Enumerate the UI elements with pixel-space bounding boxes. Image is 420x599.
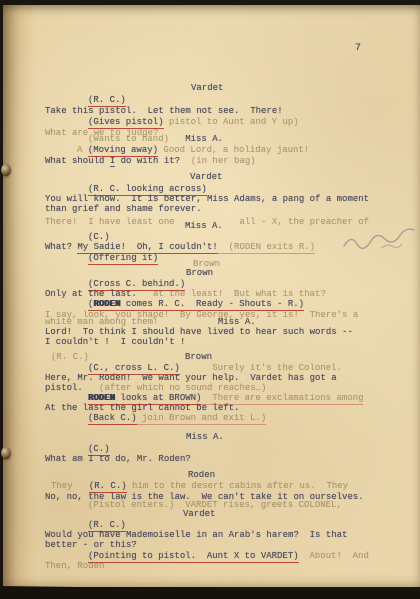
typewritten-text: Vardet bbox=[183, 509, 215, 519]
stage-direction: A (Moving away) Good Lord, a holiday jau… bbox=[77, 145, 309, 155]
typewritten-text: Miss A. bbox=[169, 134, 223, 144]
character-cue: Brown bbox=[186, 268, 213, 278]
bleed-through-text: white man among them! bbox=[45, 317, 158, 327]
typewritten-text: (Offering it) bbox=[88, 253, 158, 265]
typewritten-text: do with it? bbox=[115, 156, 180, 166]
stage-direction: (Gives pistol) pistol to Aunt and Y up) bbox=[88, 117, 299, 127]
typewritten-text: Brown bbox=[186, 268, 213, 278]
typewritten-text: Lord! To think I should have lived to he… bbox=[45, 327, 353, 337]
typewritten-text: What? bbox=[45, 242, 77, 252]
stage-direction: They (R. C.) him to the desert cabins af… bbox=[51, 481, 348, 491]
binding-brad-bottom bbox=[1, 447, 11, 459]
bleed-through-text: (RODEN exits R.) bbox=[218, 242, 315, 254]
page-number: 7 bbox=[355, 43, 361, 54]
ghost-line: Then, Roden bbox=[45, 561, 104, 571]
typewritten-text: My Sadie! Oh, I couldn't! bbox=[77, 242, 217, 254]
typewritten-text: What am I to do, Mr. Roden? bbox=[45, 454, 191, 464]
bleed-through-text: at the least! But what is that? bbox=[137, 289, 326, 299]
dialogue-line: pistol. (after which no sound reaches…) bbox=[45, 383, 266, 393]
page: 7 Vardet(R. C.)Take this pistol. Let the… bbox=[3, 5, 420, 587]
bleed-through-text: Surely it's the Colonel. bbox=[180, 363, 342, 373]
dialogue-line: What should I do with it? (in her bag) bbox=[45, 156, 256, 166]
dialogue-line: Only at the last. at the least! But what… bbox=[45, 289, 326, 299]
stage-direction: (Pointing to pistol. Aunt X to VARDET) A… bbox=[88, 551, 369, 561]
stage-direction: (C.) bbox=[88, 232, 110, 242]
stage-direction: (RODEN comes R. C. Ready - Shouts - R.) bbox=[88, 299, 304, 309]
typewritten-text: Roden bbox=[188, 470, 215, 480]
stage-direction: (R. C.) bbox=[88, 520, 126, 530]
dialogue-line: Take this pistol. Let them not see. Ther… bbox=[45, 106, 283, 116]
typewritten-text: (Pointing to pistol. Aunt X to VARDET) bbox=[88, 551, 299, 563]
bleed-through-text: (Wants to hand) bbox=[88, 134, 169, 144]
bleed-through-text: (R. C.) bbox=[51, 352, 89, 362]
dialogue-line: than grief and shame forever. bbox=[45, 204, 202, 214]
typewritten-text: (Moving away) bbox=[88, 145, 158, 157]
character-cue: Vardet bbox=[191, 83, 223, 93]
character-cue: white man among them! Miss A. bbox=[45, 317, 256, 327]
stage-direction: (Back C.) join Brown and exit L.) bbox=[88, 413, 266, 423]
typewritten-text: Only at the last. bbox=[45, 289, 137, 299]
typewritten-text: (R. C.) bbox=[89, 481, 127, 493]
typewritten-text: Vardet bbox=[190, 172, 222, 182]
typewritten-text: better - or this? bbox=[45, 540, 137, 550]
stage-direction: (Offering it) bbox=[88, 253, 158, 263]
bleed-through-text: Good Lord, a holiday jaunt! bbox=[158, 145, 309, 155]
character-cue: Vardet bbox=[183, 509, 215, 519]
bleed-through-text: Then, Roden bbox=[45, 561, 104, 571]
typewritten-text: You will know. It is better, Miss Adams,… bbox=[45, 194, 369, 204]
dialogue-line: You will know. It is better, Miss Adams,… bbox=[45, 194, 369, 204]
stage-direction: (Cross C. behind.) bbox=[88, 279, 185, 289]
dialogue-line: Would you have Mademoiselle in an Arab's… bbox=[45, 530, 347, 540]
typewritten-text: At the last the girl cannot be left. bbox=[45, 403, 239, 413]
stage-direction: (R. C. looking across) bbox=[88, 184, 207, 194]
scanned-script-page: { "document": { "page_number": "7", "col… bbox=[0, 0, 420, 599]
dialogue-line: I couldn't ! I couldn't ! bbox=[45, 337, 185, 347]
stage-direction: (C., cross L. C.) Surely it's the Colone… bbox=[88, 363, 342, 373]
bleed-through-text: join Brown and exit L.) bbox=[137, 413, 267, 425]
character-cue: Brown bbox=[185, 352, 212, 362]
bleed-through-text: pistol to Aunt and Y up) bbox=[164, 117, 299, 127]
typewritten-text: Take this pistol. Let them not see. Ther… bbox=[45, 106, 283, 116]
typewritten-text: RODEN bbox=[93, 299, 120, 311]
typewritten-text: Miss A. bbox=[185, 221, 223, 231]
dialogue-line: better - or this? bbox=[45, 540, 137, 550]
bleed-through-text: him to the desert cabins after us. They bbox=[127, 481, 348, 491]
bleed-through-text: They bbox=[51, 481, 89, 491]
typewritten-text: pistol. bbox=[45, 383, 83, 393]
character-cue: Miss A. bbox=[185, 221, 223, 231]
typewritten-text: (Gives pistol) bbox=[88, 117, 164, 129]
dialogue-line: What? My Sadie! Oh, I couldn't! (RODEN e… bbox=[45, 242, 315, 252]
character-cue: Miss A. bbox=[186, 432, 224, 442]
typewritten-text: Brown bbox=[185, 352, 212, 362]
typewritten-text: Vardet bbox=[191, 83, 223, 93]
dialogue-line: Here, Mr. Roden! We want your help. Vard… bbox=[45, 373, 337, 383]
stage-direction: (C.) bbox=[88, 444, 110, 454]
character-cue: (Wants to hand) Miss A. bbox=[88, 134, 223, 144]
dialogue-line: What am I to do, Mr. Roden? bbox=[45, 454, 191, 464]
typewritten-text: Would you have Mademoiselle in an Arab's… bbox=[45, 530, 347, 540]
dialogue-line: Lord! To think I should have lived to he… bbox=[45, 327, 353, 337]
stage-direction: RODEN looks at BROWN) There are exclamat… bbox=[88, 393, 363, 403]
ghost-line: (R. C.) bbox=[51, 352, 89, 362]
typewritten-text: (Back C.) bbox=[88, 413, 137, 425]
typewritten-text: What should bbox=[45, 156, 110, 166]
typewritten-text: Miss A. bbox=[158, 317, 255, 327]
typewritten-text: Miss A. bbox=[186, 432, 224, 442]
typewritten-text: comes R. C. Ready - Shouts - R.) bbox=[120, 299, 304, 311]
bleed-through-text: A bbox=[77, 145, 88, 155]
typewritten-text: Here, Mr. Roden! We want your help. Vard… bbox=[45, 373, 337, 383]
stage-direction: (R. C.) bbox=[88, 95, 126, 105]
binding-brad-top bbox=[1, 164, 11, 176]
typewritten-text: (C.) bbox=[88, 232, 110, 242]
typewritten-text: (R. C.) bbox=[88, 95, 126, 107]
dialogue-line: At the last the girl cannot be left. bbox=[45, 403, 239, 413]
bleed-through-text: (after which no sound reaches…) bbox=[83, 383, 267, 393]
bleed-through-text: (in her bag) bbox=[180, 156, 256, 166]
typewritten-text: I couldn't ! I couldn't ! bbox=[45, 337, 185, 347]
typewritten-text: than grief and shame forever. bbox=[45, 204, 202, 214]
bleed-through-text: About! And bbox=[299, 551, 369, 561]
character-cue: Roden bbox=[188, 470, 215, 480]
character-cue: Vardet bbox=[190, 172, 222, 182]
